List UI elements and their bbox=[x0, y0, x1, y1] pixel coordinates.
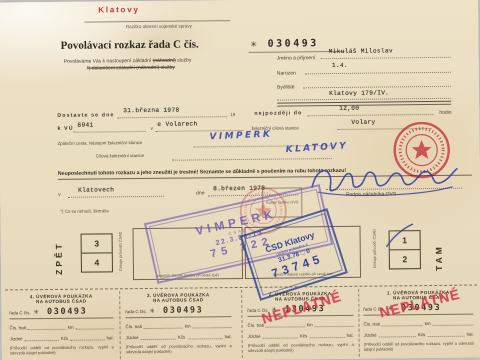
person-born-label: Narozen bbox=[277, 70, 296, 76]
coupon-note: (Průvodčí oddělí od povolávacího rozkazu… bbox=[10, 344, 114, 355]
call-clause-struck: (náhradní) bbox=[153, 58, 176, 64]
paper-sheet: Klatovy Razítko okresní vojenské správy … bbox=[0, 0, 480, 360]
rule bbox=[117, 116, 227, 118]
person-address-value: Klatovy 179/IV. bbox=[329, 89, 389, 97]
issuing-office-stamp-text: Klatovy bbox=[98, 5, 140, 14]
coupon-title2: NA AUTOBUS ČSAD bbox=[9, 298, 113, 304]
bus-voucher-coupon: 2. ÚVĚROVÁ POUKÁZKA NA AUTOBUS ČSAD řada… bbox=[247, 291, 354, 358]
rule bbox=[307, 114, 433, 116]
coupon-number: 4. bbox=[30, 294, 35, 299]
kcs-label: Kčs bbox=[300, 333, 307, 338]
fare-label: Jízdné bbox=[248, 334, 261, 339]
year-prefix: 19 bbox=[230, 112, 235, 117]
deadline-label: nejpozději do bbox=[254, 110, 302, 117]
unit-place-value: e Volarech bbox=[157, 120, 197, 127]
hal-label: hal. bbox=[107, 335, 114, 340]
coupon-serial: ✳ 030493 bbox=[150, 305, 204, 316]
coupon-note: (Průvodčí oddělí od povolávacího rozkazu… bbox=[126, 343, 232, 354]
coupon-number: 2. bbox=[269, 292, 274, 297]
issued-place-value: Klatovech bbox=[78, 186, 114, 193]
return-station-handwritten: VIMPERK bbox=[209, 130, 272, 143]
coupon-separator bbox=[119, 291, 121, 359]
rule bbox=[321, 57, 451, 59]
tam-direction-label: TAM bbox=[434, 227, 444, 271]
km-label: km bbox=[307, 322, 313, 327]
dest-station-value: Volary bbox=[351, 119, 375, 126]
hal-label: hal. bbox=[347, 333, 354, 338]
km-label: km bbox=[185, 324, 191, 329]
scanned-call-up-order: Klatovy Razítko okresní vojenské správy … bbox=[0, 0, 480, 360]
hours-label: hodin bbox=[439, 110, 451, 116]
call-clause-text: Povoláváme Vás k nastoupení základní bbox=[64, 58, 152, 65]
coupon-number: 1. bbox=[387, 290, 392, 295]
document-serial-number: ✳ 030493 bbox=[251, 38, 319, 50]
deadline-time-value: 12,00 bbox=[339, 105, 359, 112]
person-born-value: 1.4. bbox=[332, 62, 348, 69]
issued-v-label: v bbox=[58, 192, 61, 198]
rule bbox=[68, 196, 164, 198]
coupon-separator bbox=[241, 290, 243, 358]
person-name-value: Mikuláš Miloslav bbox=[329, 47, 393, 55]
document-title: Povolávací rozkaz řada C čís. bbox=[61, 38, 199, 51]
rule bbox=[305, 72, 451, 75]
bus-voucher-coupon: 4. ÚVĚROVÁ POUKÁZKA NA AUTOBUS ČSAD řada… bbox=[9, 293, 114, 360]
call-clause-text2: služby bbox=[177, 58, 191, 64]
kcs-label: Kčs bbox=[61, 336, 68, 341]
hal-label: hal. bbox=[467, 332, 474, 337]
report-date-label: Dostavte se dne bbox=[57, 112, 114, 119]
zpet-direction-label: ZPĚT bbox=[54, 231, 64, 275]
zpet-punch-caption: Dírkuje průvodčí ČSAD bbox=[118, 227, 123, 275]
kcs-label: Kčs bbox=[418, 332, 425, 337]
tam-box-2: 2 bbox=[390, 250, 420, 268]
unit-label: k VÚ bbox=[57, 126, 73, 132]
coupon-series-label: řada C čís. bbox=[125, 309, 146, 314]
person-name-label: Jméno a příjmení bbox=[277, 55, 316, 61]
route-label: Čís. trati bbox=[126, 324, 142, 329]
rule bbox=[73, 131, 145, 133]
signature-caption: Podpis náčelníka OVS bbox=[346, 191, 396, 198]
coupon-series-label: řada C čís. bbox=[9, 310, 30, 315]
coupon-title2: NA AUTOBUS ČSAD bbox=[125, 297, 231, 303]
issued-dne-label: dne bbox=[196, 190, 204, 196]
unit-v-label: v bbox=[150, 126, 153, 132]
target-station-label: Cílová železniční stanice bbox=[96, 153, 144, 159]
person-address-label: Bydliště bbox=[277, 84, 295, 90]
route-label: Čís. trati bbox=[10, 325, 26, 330]
fare-label: Jízdné bbox=[126, 335, 139, 340]
unit-number-value: 8941 bbox=[77, 122, 93, 129]
fare-label: Jízdné bbox=[364, 333, 377, 338]
return-route-label: Zpáteční cesta: Nástupní železniční stan… bbox=[58, 140, 143, 146]
coupon-separator bbox=[358, 289, 360, 357]
bus-voucher-coupon: 3. ÚVĚROVÁ POUKÁZKA NA AUTOBUS ČSAD řada… bbox=[125, 292, 232, 359]
tam-box-1: 1 bbox=[390, 231, 420, 250]
kcs-label: Kčs bbox=[178, 335, 185, 340]
km-label: km bbox=[68, 325, 74, 330]
rule bbox=[84, 20, 230, 23]
double-rule bbox=[277, 101, 451, 107]
fare-label: Jízdné bbox=[10, 336, 23, 341]
coupon-serial: ✳ 030493 bbox=[34, 307, 88, 318]
tam-punch-caption: Dírkuje průvodčí ČSAD bbox=[372, 225, 377, 273]
zpet-punch-boxes: 3 4 bbox=[81, 233, 113, 272]
hal-label: hal. bbox=[225, 334, 232, 339]
call-clause-line2-struck: *) dokončení základní (náhradní) služby bbox=[87, 65, 175, 72]
bus-voucher-coupon: 1. ÚVĚROVÁ POUKÁZKA NA AUTOBUS ČSAD řada… bbox=[363, 290, 474, 357]
office-stamp-caption: Razítko okresní vojenské správy bbox=[86, 23, 231, 30]
zpet-box-4: 4 bbox=[82, 253, 112, 271]
target-station-handwritten: KLATOVY bbox=[285, 141, 348, 155]
tam-punch-boxes: 1 2 bbox=[389, 230, 421, 269]
coupon-note: (Průvodčí oddělí od povolávacího rozkazu… bbox=[248, 342, 354, 353]
report-date-value: 31.března 1978 bbox=[123, 107, 179, 115]
km-label: km bbox=[425, 321, 431, 326]
coupon-number: 3. bbox=[147, 293, 152, 298]
zpet-box-3: 3 bbox=[82, 234, 112, 253]
rule bbox=[303, 86, 451, 89]
coupon-note: (Průvodčí oddělí od povolávacího rozkazu… bbox=[364, 341, 474, 353]
footnote-text: *) Co se nehodí, škrtněte bbox=[60, 208, 109, 214]
